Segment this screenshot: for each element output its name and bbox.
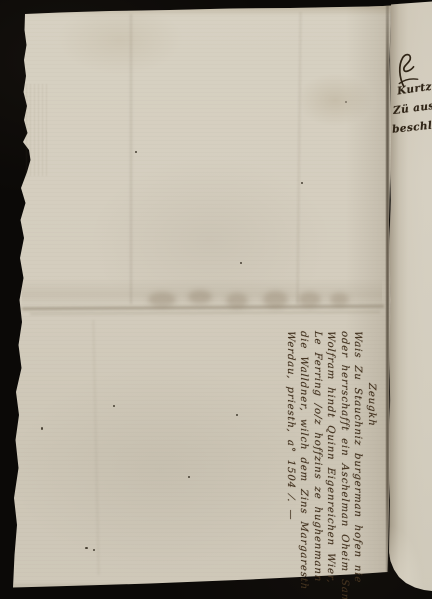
- note-line: Werdau, priesth, a° 1504 ⁄. —: [284, 331, 298, 580]
- speck: [85, 547, 88, 549]
- crease-pressure-mark: [226, 293, 248, 308]
- note-line: oder herrschafft ein Aschelman Oheim Sam…: [338, 331, 352, 580]
- speck: [240, 262, 242, 264]
- speck: [236, 414, 238, 416]
- crease-pressure-mark: [263, 291, 288, 308]
- speck: [345, 101, 347, 103]
- crease-pressure-mark: [298, 292, 321, 307]
- note-line: Le Ferring /o/z hoffzins ze hughenmann: [311, 331, 325, 580]
- note-line: die Walldner, wilch dem Zins Margaresth: [297, 331, 311, 580]
- crease-pressure-mark: [148, 292, 176, 307]
- vertical-crease: [130, 14, 132, 304]
- handwritten-note-block: Zeugkh Wais Zu Stauchniz burgerman hofen…: [283, 331, 378, 579]
- page-gutter-shadow: [386, 5, 389, 573]
- note-line: Wais Zu Stauchniz burgerman hofen nie: [351, 331, 365, 580]
- speck: [135, 151, 137, 153]
- handwritten-note: Zeugkh Wais Zu Stauchniz burgerman hofen…: [283, 331, 378, 579]
- crease-pressure-mark: [330, 293, 349, 306]
- speck: [113, 405, 115, 407]
- note-line: Zeugkh: [365, 331, 379, 580]
- speck: [301, 182, 303, 184]
- speck: [41, 427, 43, 430]
- crease-pressure-mark: [188, 290, 212, 304]
- next-page-annotation-line: beschlos: [392, 118, 432, 136]
- next-page-annotation-line: Zü ausg: [392, 99, 432, 117]
- speck: [188, 476, 190, 478]
- photo-backdrop: Kurtzen Zü ausg beschlos Zeugkh Wais Zu …: [0, 0, 432, 599]
- next-page-edge: Kurtzen Zü ausg beschlos: [384, 0, 432, 599]
- chain-line-texture: [26, 84, 48, 176]
- note-line: Wolfram hindt Quinn Eigenreichen Wier,: [324, 331, 338, 580]
- speck: [93, 549, 95, 551]
